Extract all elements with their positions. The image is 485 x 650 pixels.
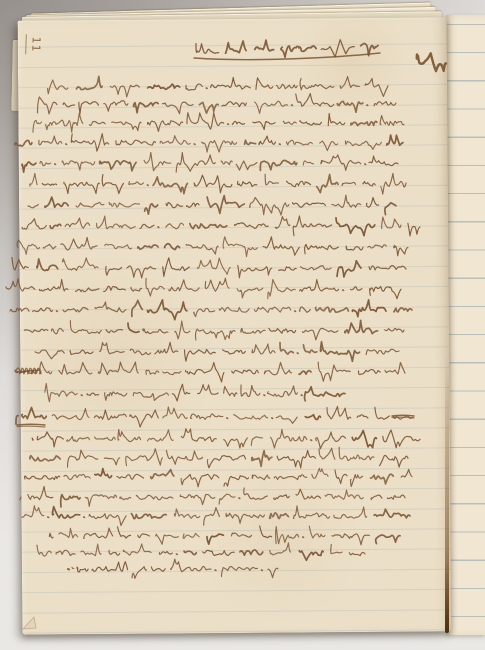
ink-stroke — [186, 363, 224, 383]
ink-stroke — [268, 280, 296, 299]
ink-stroke — [163, 102, 194, 114]
ink-stroke — [130, 410, 159, 427]
ink-stroke — [81, 544, 101, 556]
ink-stroke — [276, 416, 297, 424]
ink-stroke — [49, 533, 53, 538]
ink-stroke — [128, 323, 139, 332]
ink-stroke — [260, 160, 296, 170]
ink-stroke — [205, 278, 229, 291]
ink-stroke — [268, 568, 278, 577]
ink-stroke — [342, 182, 356, 185]
ink-stroke — [294, 506, 330, 519]
ink-stroke — [194, 175, 232, 193]
ink-stroke — [340, 77, 359, 89]
ink-stroke — [72, 567, 74, 568]
ink-stroke — [127, 266, 156, 278]
ink-stroke — [68, 569, 69, 570]
ink-stroke — [181, 429, 216, 442]
ink-stroke — [335, 470, 347, 484]
ink-stroke — [204, 508, 220, 526]
ink-stroke — [100, 161, 136, 171]
ink-stroke — [375, 407, 389, 419]
ink-stroke — [270, 543, 291, 555]
ink-stroke — [380, 456, 408, 468]
ink-stroke — [352, 300, 386, 317]
ink-stroke — [123, 544, 151, 555]
ink-stroke — [39, 136, 62, 145]
ink-stroke — [245, 140, 256, 144]
ink-stroke — [15, 140, 32, 146]
ink-stroke — [299, 371, 311, 375]
ink-stroke — [219, 307, 249, 312]
ink-stroke — [276, 527, 299, 544]
ink-stroke — [186, 203, 199, 207]
ink-stroke — [259, 136, 275, 144]
ink-stroke — [105, 392, 127, 400]
ink-stroke — [349, 552, 365, 555]
ink-stroke — [358, 370, 380, 375]
ink-stroke — [40, 362, 52, 374]
ink-stroke — [345, 320, 378, 333]
ink-stroke — [48, 80, 68, 94]
ink-stroke — [232, 533, 252, 537]
ink-stroke — [17, 426, 45, 427]
ink-stroke — [385, 328, 404, 332]
ink-stroke — [300, 307, 311, 312]
ink-stroke — [264, 362, 291, 374]
ink-stroke — [50, 224, 61, 228]
ink-stroke — [345, 141, 381, 149]
ink-stroke — [70, 350, 93, 354]
ink-stroke — [241, 385, 260, 397]
ink-stroke — [317, 175, 338, 193]
ink-stroke — [223, 350, 246, 354]
ink-stroke — [22, 408, 47, 419]
ink-stroke — [299, 551, 323, 561]
ink-stroke — [25, 476, 60, 480]
ink-stroke — [159, 551, 172, 554]
ink-stroke — [296, 94, 334, 107]
ink-stroke — [352, 431, 376, 448]
ink-stroke — [160, 136, 190, 145]
ink-stroke — [45, 113, 82, 132]
ink-stroke — [286, 181, 310, 186]
ink-stroke — [40, 161, 51, 165]
ink-stroke — [151, 470, 174, 479]
ink-stroke — [232, 121, 244, 124]
ink-stroke — [316, 307, 349, 312]
ink-stroke — [37, 259, 58, 271]
ink-stroke — [387, 495, 405, 499]
ink-stroke — [235, 223, 269, 229]
ink-stroke — [211, 77, 251, 89]
ink-stroke — [337, 261, 361, 277]
ink-stroke — [300, 280, 339, 292]
ink-stroke — [276, 84, 297, 88]
ink-stroke — [226, 513, 264, 523]
ink-stroke — [68, 450, 98, 467]
ink-stroke — [351, 121, 377, 125]
ink-stroke — [382, 217, 401, 228]
ink-stroke — [252, 475, 270, 480]
ink-stroke — [303, 345, 316, 353]
ink-stroke — [133, 392, 168, 400]
ink-stroke — [166, 203, 183, 208]
ink-stroke — [12, 258, 28, 271]
ink-stroke — [180, 494, 215, 504]
ink-stroke — [153, 177, 187, 194]
ink-stroke — [202, 141, 237, 153]
ink-stroke — [176, 153, 215, 173]
ink-stroke — [112, 122, 141, 131]
ink-stroke — [102, 175, 123, 194]
ink-stroke — [203, 550, 235, 555]
ink-stroke — [374, 509, 410, 518]
ink-stroke — [305, 244, 339, 253]
ink-stroke — [319, 448, 335, 459]
ink-stroke — [325, 490, 363, 499]
ink-stroke — [28, 486, 53, 499]
ink-stroke — [198, 385, 218, 395]
ink-stroke — [167, 450, 203, 464]
ink-stroke — [320, 141, 338, 151]
ink-stroke — [106, 330, 122, 333]
ink-stroke — [110, 85, 139, 97]
ink-stroke — [166, 223, 184, 228]
ink-stroke — [116, 140, 155, 145]
ink-stroke — [131, 514, 166, 519]
ink-stroke — [148, 121, 183, 132]
ink-stroke — [369, 266, 406, 270]
ink-stroke — [151, 567, 165, 572]
ink-stroke — [301, 266, 332, 270]
ink-stroke — [136, 495, 173, 500]
ink-stroke — [268, 386, 298, 397]
ink-stroke — [106, 267, 122, 276]
ink-stroke — [363, 182, 375, 187]
ink-stroke — [126, 449, 163, 466]
ink-stroke — [76, 202, 104, 207]
ink-stroke — [118, 527, 131, 538]
ink-stroke — [251, 437, 262, 446]
ink-stroke — [365, 79, 388, 97]
ink-stroke — [94, 410, 126, 420]
ink-stroke — [376, 535, 400, 544]
ink-stroke — [255, 40, 274, 51]
ink-stroke — [194, 53, 380, 60]
ink-stroke — [186, 84, 202, 90]
ink-stroke — [207, 534, 223, 544]
ink-stroke — [303, 328, 338, 340]
ink-stroke — [184, 551, 196, 555]
ink-stroke — [277, 450, 315, 468]
ink-stroke — [63, 308, 88, 312]
ink-stroke — [22, 506, 44, 518]
ink-stroke — [351, 287, 363, 290]
ink-stroke — [61, 495, 80, 507]
ink-stroke — [241, 328, 265, 333]
ink-stroke — [79, 102, 99, 114]
ink-stroke — [281, 46, 316, 57]
ink-stroke — [383, 430, 420, 448]
ink-stroke — [140, 224, 154, 228]
ink-stroke — [222, 102, 246, 107]
ink-stroke — [163, 372, 181, 375]
ink-stroke — [187, 113, 224, 130]
ink-stroke — [380, 116, 404, 126]
ink-stroke — [131, 287, 142, 291]
ink-stroke — [95, 302, 126, 312]
ink-stroke — [146, 370, 159, 374]
ink-stroke — [56, 550, 75, 555]
ink-stroke — [223, 237, 257, 257]
ink-stroke — [392, 415, 414, 416]
ink-stroke — [199, 102, 218, 113]
ink-stroke — [401, 469, 412, 477]
ink-stroke — [320, 342, 359, 362]
photo: { "photo": { "subject": "Handwritten Yid… — [0, 0, 485, 650]
ink-stroke — [37, 432, 63, 447]
ink-stroke — [104, 286, 126, 291]
ink-stroke — [33, 308, 53, 312]
ink-stroke — [105, 244, 132, 249]
ink-stroke — [45, 383, 77, 401]
ink-stroke — [70, 321, 101, 334]
ink-stroke — [61, 237, 97, 250]
ink-stroke — [238, 265, 272, 277]
ink-stroke — [37, 97, 57, 114]
ink-stroke — [196, 44, 219, 54]
ink-stroke — [32, 438, 33, 440]
ink-stroke — [146, 278, 164, 296]
ink-stroke — [95, 437, 116, 440]
ink-stroke — [224, 476, 249, 486]
ink-stroke — [236, 161, 257, 170]
ink-stroke — [16, 416, 18, 424]
ink-stroke — [312, 468, 328, 478]
ink-stroke — [240, 550, 263, 555]
ink-stroke — [183, 533, 199, 538]
ink-stroke — [280, 343, 293, 355]
ink-stroke — [270, 513, 289, 518]
ink-stroke — [263, 237, 299, 255]
ink-stroke — [40, 279, 68, 291]
ink-stroke — [120, 497, 131, 500]
ink-stroke — [132, 300, 143, 316]
ink-stroke — [309, 526, 325, 538]
ink-stroke — [52, 328, 64, 333]
ink-stroke — [387, 135, 403, 145]
ink-stroke — [148, 84, 180, 89]
ink-stroke — [191, 414, 223, 419]
ink-stroke — [64, 182, 99, 193]
ink-stroke — [104, 458, 119, 465]
ink-stroke — [316, 432, 346, 449]
ink-stroke — [147, 300, 187, 320]
ink-stroke — [254, 307, 290, 312]
ink-stroke — [76, 76, 102, 89]
ink-stroke — [163, 258, 190, 277]
ink-stroke — [24, 329, 47, 332]
ink-stroke — [332, 534, 370, 545]
ink-stroke — [303, 161, 313, 165]
ink-stroke — [42, 183, 57, 185]
ink-stroke — [274, 495, 289, 500]
ink-stroke — [207, 455, 245, 467]
ink-stroke — [394, 245, 408, 256]
ink-stroke — [237, 288, 263, 298]
ink-stroke — [244, 488, 267, 499]
ink-stroke — [339, 447, 374, 460]
ink-stroke — [95, 469, 112, 478]
ink-stroke — [190, 224, 227, 229]
ink-stroke — [234, 415, 268, 420]
ink-stroke — [129, 182, 144, 185]
ink-stroke — [155, 342, 178, 354]
corner-fold — [23, 617, 36, 629]
ink-stroke — [169, 280, 199, 291]
ink-stroke — [172, 384, 190, 401]
ink-stroke — [269, 328, 296, 333]
ink-stroke — [300, 121, 322, 126]
ink-stroke — [260, 526, 272, 538]
ink-stroke — [20, 497, 21, 500]
ink-stroke — [10, 308, 29, 312]
ink-stroke — [76, 288, 99, 292]
ink-stroke — [143, 329, 168, 334]
ink-stroke — [97, 216, 136, 229]
ink-stroke — [224, 387, 237, 397]
ink-stroke — [63, 103, 74, 107]
ink-stroke — [145, 204, 158, 214]
ink-stroke — [221, 161, 232, 165]
ink-stroke — [148, 430, 174, 441]
ink-stroke — [305, 415, 320, 420]
ink-stroke — [293, 216, 331, 236]
ink-stroke — [118, 430, 141, 442]
ink-stroke — [256, 78, 273, 90]
ink-stroke — [270, 429, 306, 448]
ink-stroke — [30, 173, 37, 186]
ink-stroke — [252, 344, 275, 354]
ink-stroke — [197, 258, 230, 274]
ink-stroke — [371, 474, 394, 484]
ink-stroke — [255, 101, 288, 113]
ink-stroke — [17, 424, 45, 425]
ink-stroke — [327, 407, 351, 420]
ink-stroke — [92, 562, 128, 572]
ink-stroke — [65, 218, 89, 228]
ink-stroke — [207, 196, 244, 214]
ink-stroke — [71, 134, 108, 152]
ink-stroke — [67, 437, 90, 442]
ink-stroke — [351, 475, 363, 487]
ink-stroke — [52, 409, 89, 420]
ink-stroke — [238, 181, 257, 186]
ink-stroke — [194, 308, 215, 316]
ink-stroke — [22, 219, 46, 229]
ink-stroke — [385, 363, 405, 375]
ink-stroke — [275, 217, 290, 229]
ink-stroke — [109, 550, 120, 555]
ink-stroke — [181, 474, 219, 487]
ink-stroke — [104, 101, 128, 111]
handwriting-layer — [0, 0, 485, 650]
ink-stroke — [59, 363, 92, 375]
ink-stroke — [250, 198, 289, 216]
ink-stroke — [186, 245, 218, 255]
ink-stroke — [394, 308, 412, 312]
ink-stroke — [62, 161, 95, 170]
ink-stroke — [408, 223, 420, 236]
ink-stroke — [334, 507, 367, 518]
ink-stroke — [33, 120, 42, 132]
ink-stroke — [117, 474, 144, 479]
ink-stroke — [381, 174, 406, 195]
ink-stroke — [321, 155, 361, 171]
ink-stroke — [64, 474, 90, 479]
ink-stroke — [59, 528, 78, 538]
ink-stroke — [196, 329, 235, 340]
ink-stroke — [28, 205, 38, 208]
ink-stroke — [185, 349, 216, 361]
ink-stroke — [163, 407, 187, 419]
ink-stroke — [165, 244, 180, 250]
ink-stroke — [221, 566, 257, 576]
ink-stroke — [232, 370, 258, 374]
ink-stroke — [62, 258, 98, 271]
ink-stroke — [132, 567, 147, 579]
ink-stroke — [337, 101, 363, 112]
ink-stroke — [138, 245, 158, 249]
ink-stroke — [346, 246, 363, 250]
ink-stroke — [144, 153, 171, 171]
ink-stroke — [35, 350, 64, 359]
ink-stroke — [45, 197, 68, 207]
ink-stroke — [331, 544, 342, 553]
ink-stroke — [89, 514, 126, 526]
ink-stroke — [417, 53, 446, 71]
ink-stroke — [279, 267, 297, 271]
ink-stroke — [253, 121, 275, 129]
ink-stroke — [292, 203, 325, 208]
ink-stroke — [357, 415, 368, 418]
ink-stroke — [385, 203, 396, 215]
ink-stroke — [368, 245, 387, 248]
ink-stroke — [17, 240, 40, 254]
ink-stroke — [226, 41, 247, 53]
ink-stroke — [30, 456, 60, 461]
ink-stroke — [22, 162, 36, 172]
ink-stroke — [286, 140, 312, 145]
ink-stroke — [374, 102, 396, 106]
ink-stroke — [336, 218, 375, 236]
ink-stroke — [305, 387, 345, 401]
ink-stroke — [84, 528, 113, 538]
ink-stroke — [87, 393, 99, 395]
ink-stroke — [133, 102, 158, 112]
ink-stroke — [328, 114, 345, 126]
ink-stroke — [89, 122, 105, 126]
ink-stroke — [274, 475, 307, 480]
ink-stroke — [77, 567, 88, 572]
ink-stroke — [332, 195, 361, 207]
ink-stroke — [219, 494, 235, 504]
ink-stroke — [37, 545, 51, 556]
ink-stroke — [366, 349, 399, 354]
ink-stroke — [43, 244, 56, 249]
ink-stroke — [370, 286, 401, 298]
